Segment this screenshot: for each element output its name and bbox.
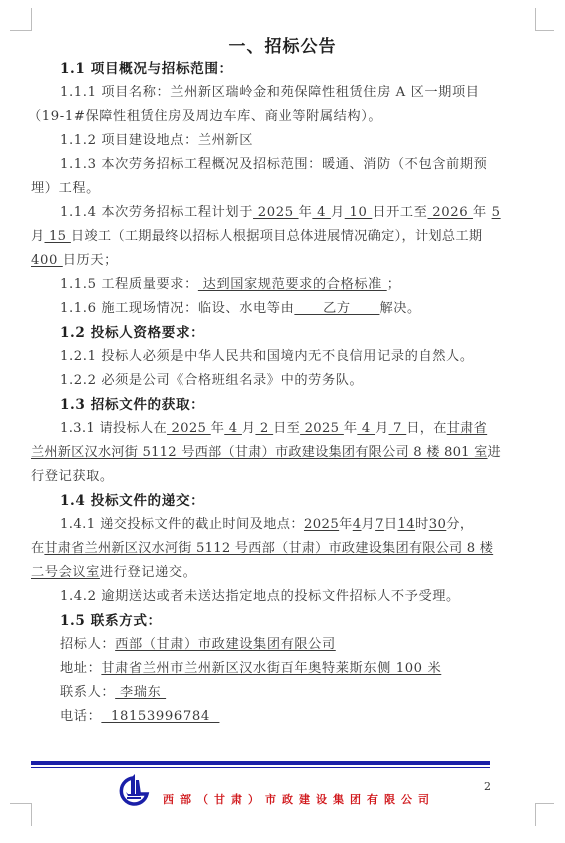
submission-address: 甘肃省兰州新区汉水河街 5112 号西部（甘肃）市政建设集团有限公司 8 楼 — [44, 541, 493, 556]
page-title: 一、招标公告 — [0, 32, 565, 57]
contact-tenderer: 招标人：西部（甘肃）市政建设集团有限公司 — [60, 636, 565, 654]
crop-mark-bottom-left — [10, 803, 32, 826]
deadline-hour: 14 — [398, 517, 416, 532]
crop-mark-top-right — [535, 8, 554, 31]
contact-address: 地址：甘肃省兰州市兰州新区汉水街百年奥特莱斯东侧 100 米 — [60, 660, 565, 678]
deadline-day: 7 — [375, 517, 384, 532]
text: 1.3.1 请投标人在 — [60, 421, 167, 436]
footer-rule-thin — [31, 767, 490, 768]
section-heading-1-1: 1.1 项目概况与招标范围： — [60, 60, 565, 78]
crop-mark-bottom-right — [535, 803, 554, 826]
footer-rule-thick — [31, 761, 490, 765]
text: 日至 — [273, 421, 300, 436]
end-day: 15 — [45, 229, 71, 244]
paragraph-1-1-2: 1.1.2 项目建设地点：兰州新区 — [60, 132, 565, 150]
text: 进 — [488, 445, 501, 460]
contact-label: 联系人： — [60, 685, 115, 700]
tenderer-value: 西部（甘肃）市政建设集团有限公司 — [115, 637, 336, 652]
company-logo-icon — [118, 772, 150, 808]
section-heading-1-4: 1.4 投标文件的递交： — [60, 492, 565, 510]
address-label: 地址： — [60, 661, 101, 676]
paragraph-1-1-1: 1.1.1 项目名称：兰州新区瑞岭金和苑保障性租赁住房 A 区一期项目 — [60, 84, 565, 102]
deadline-minute: 30 — [429, 517, 447, 532]
contact-value: 李瑞东 — [115, 685, 166, 700]
deadline-year: 2025 — [304, 517, 339, 532]
text: 分， — [446, 517, 473, 532]
tenderer-label: 招标人： — [60, 637, 115, 652]
paragraph-1-2-2: 1.2.2 必须是公司《合格班组名录》中的劳务队。 — [60, 372, 565, 390]
paragraph-1-3-1-cont: 兰州新区汉水河街 5112 号西部（甘肃）市政建设集团有限公司 8 楼 801 … — [31, 444, 536, 462]
paragraph-1-4-1: 1.4.1 递交投标文件的截止时间及地点：2025年4月7日14时30分， — [60, 516, 565, 534]
pickup-address-cont: 兰州新区汉水河街 5112 号西部（甘肃）市政建设集团有限公司 8 楼 801 … — [31, 445, 488, 460]
text: 月 — [242, 421, 256, 436]
text: 1.4.1 递交投标文件的截止时间及地点： — [60, 517, 304, 532]
text: 年 — [344, 421, 358, 436]
pickup-address: 甘肃省 — [447, 421, 487, 436]
paragraph-1-1-3: 1.1.3 本次劳务招标工程概况及招标范围：暖通、消防（不包含前期预 — [60, 156, 565, 174]
paragraph-1-3-1-cont2: 行登记获取。 — [31, 468, 536, 486]
submission-room: 二号会议室 — [31, 565, 100, 580]
section-heading-1-2: 1.2 投标人资格要求： — [60, 324, 565, 342]
paragraph-1-4-1-cont: 在甘肃省兰州新区汉水河街 5112 号西部（甘肃）市政建设集团有限公司 8 楼 — [31, 540, 536, 558]
text: 1.1.5 工程质量要求： — [60, 277, 198, 292]
text: 月 — [31, 229, 45, 244]
paragraph-1-1-5: 1.1.5 工程质量要求： 达到国家规范要求的合格标准 ； — [60, 276, 565, 294]
text: 日开工至 — [372, 205, 427, 220]
duration-days: 400 — [31, 253, 63, 268]
paragraph-1-1-4-cont: 月 15 日竣工（工期最终以招标人根据项目总体进展情况确定），计划总工期 — [31, 228, 536, 246]
paragraph-1-1-6: 1.1.6 施工现场情况：临设、水电等由 乙方 解决。 — [60, 300, 565, 318]
text: 日历天； — [63, 253, 118, 268]
end-month: 5 — [492, 205, 501, 220]
text: 年 — [339, 517, 353, 532]
text: 1.1.4 本次劳务招标工程计划于 — [60, 205, 253, 220]
text: 日 — [384, 517, 398, 532]
text: 月 — [331, 205, 345, 220]
page-number: 2 — [484, 780, 491, 793]
start-year: 2025 — [253, 205, 299, 220]
text: 年 — [473, 205, 492, 220]
paragraph-1-4-1-cont2: 二号会议室进行登记递交。 — [31, 564, 536, 582]
end-day: 7 — [389, 421, 407, 436]
end-year: 2026 — [427, 205, 473, 220]
quality-requirement: 达到国家规范要求的合格标准 — [198, 277, 387, 292]
paragraph-1-2-1: 1.2.1 投标人必须是中华人民共和国境内无不良信用记录的自然人。 — [60, 348, 565, 366]
start-month: 4 — [312, 205, 331, 220]
crop-mark-top-left — [10, 8, 32, 31]
text: 时 — [415, 517, 429, 532]
text: 年 — [211, 421, 225, 436]
phone-value: 18153996784 — [101, 709, 219, 724]
text: ； — [387, 277, 401, 292]
paragraph-1-1-4-cont2: 400 日历天； — [31, 252, 536, 270]
text: 月 — [375, 421, 389, 436]
site-responsible-party: 乙方 — [294, 301, 379, 316]
text: 日竣工（工期最终以招标人根据项目总体进展情况确定），计划总工期 — [71, 229, 483, 244]
start-year: 2025 — [167, 421, 211, 436]
contact-person: 联系人： 李瑞东 — [60, 684, 565, 702]
paragraph-1-4-2: 1.4.2 逾期送达或者未送达指定地点的投标文件招标人不予受理。 — [60, 588, 565, 606]
address-value: 甘肃省兰州市兰州新区汉水街百年奥特莱斯东侧 100 米 — [101, 661, 441, 676]
paragraph-1-1-1-cont: （19-1#保障性租赁住房及周边车库、商业等附属结构）。 — [28, 108, 533, 126]
section-heading-1-5: 1.5 联系方式： — [60, 612, 565, 630]
document-page: 一、招标公告 1.1 项目概况与招标范围： 1.1.1 项目名称：兰州新区瑞岭金… — [0, 0, 565, 843]
start-day: 10 — [345, 205, 373, 220]
text: 解决。 — [379, 301, 420, 316]
footer-company-name: 西部（甘肃）市政建设集团有限公司 — [163, 791, 435, 807]
start-month: 4 — [224, 421, 242, 436]
text: 进行登记递交。 — [100, 565, 197, 580]
paragraph-1-1-3-cont: 埋）工程。 — [31, 180, 536, 198]
text: 月 — [362, 517, 376, 532]
text: 在 — [31, 541, 44, 556]
end-month: 4 — [357, 421, 375, 436]
end-year: 2025 — [300, 421, 344, 436]
text: 年 — [299, 205, 313, 220]
phone-label: 电话： — [60, 709, 101, 724]
deadline-month: 4 — [353, 517, 362, 532]
contact-phone: 电话： 18153996784 — [60, 708, 565, 726]
paragraph-1-3-1: 1.3.1 请投标人在 2025 年 4 月 2 日至 2025 年 4 月 7… — [60, 420, 565, 438]
text: 1.1.6 施工现场情况：临设、水电等由 — [60, 301, 294, 316]
text: 日，在 — [406, 421, 446, 436]
section-heading-1-3: 1.3 招标文件的获取： — [60, 396, 565, 414]
start-day: 2 — [255, 421, 273, 436]
paragraph-1-1-4: 1.1.4 本次劳务招标工程计划于 2025 年 4 月 10 日开工至 202… — [60, 204, 565, 222]
